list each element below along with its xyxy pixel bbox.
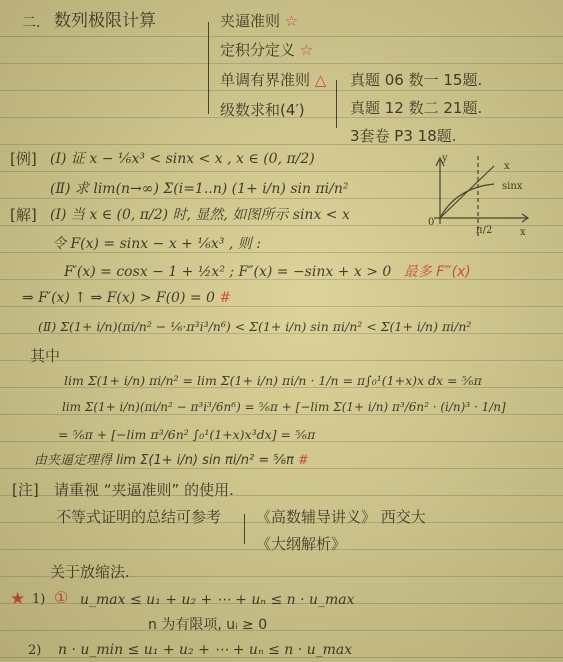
- example-part1: (Ⅰ) 证 x − ⅙x³ < sinx < x , x ∈ (0, π/2): [50, 150, 315, 168]
- solution-line-3: F′(x) = cosx − 1 + ½x² ; F″(x) = −sinx +…: [64, 263, 471, 281]
- topic-label: 夹逼准则: [220, 12, 280, 30]
- note-line-2: 不等式证明的总结可参考: [56, 508, 221, 526]
- star-icon: ☆: [285, 12, 298, 30]
- example-part2: (Ⅱ) 求 lim(n→∞) Σ(i=1..n) (1+ i/n) sin πi…: [50, 180, 348, 198]
- sin-vs-x-graph: y x sinx 0 π/2 x: [428, 152, 558, 240]
- note-line-1: 请重视 “夹逼准则” 的使用.: [54, 481, 234, 499]
- note-tag: [注]: [12, 481, 39, 499]
- example-tag: [例]: [10, 150, 37, 168]
- end-mark: #: [219, 290, 231, 306]
- note-refs-brace: [244, 514, 245, 544]
- solution-line-6: 其中: [30, 347, 60, 365]
- item-1-number: 1): [32, 591, 45, 609]
- topic-monotone-bounded: 单调有界准则 △: [220, 71, 326, 89]
- item-1-inequality: u_max ≤ u₁ + u₂ + ⋯ + uₙ ≤ n · u_max: [80, 591, 355, 609]
- red-annotation: 最多 F‴(x): [404, 264, 471, 280]
- graph-x-line-label: x: [504, 158, 510, 176]
- solution-line-5: (Ⅱ) Σ(1+ i/n)(πi/n² − ⅙·π³i³/n⁶) < Σ(1+ …: [38, 318, 471, 336]
- squeeze-conclusion: 由夹逼定理得 lim Σ(1+ i/n) sin πi/n² = ⅚π: [34, 453, 294, 468]
- star-icon: ☆: [300, 41, 313, 59]
- solution-line-7: lim Σ(1+ i/n) πi/n² = lim Σ(1+ i/n) πi/n…: [64, 372, 482, 390]
- graph-sinx-label: sinx: [502, 178, 522, 196]
- solution-line-8: lim Σ(1+ i/n)(πi/n² − π³i³/6n⁶) = ⅚π + […: [62, 398, 506, 416]
- derivative-expression: F′(x) = cosx − 1 + ½x² ; F″(x) = −sinx +…: [64, 264, 391, 280]
- topic-definite-integral: 定积分定义 ☆: [220, 41, 313, 59]
- note-ref-item: 《高数辅导讲义》 西交大: [256, 508, 426, 526]
- topics-brace: [208, 22, 209, 114]
- note-ref-item: 《大纲解析》: [256, 535, 346, 553]
- graph-x-axis-label: x: [520, 224, 526, 242]
- topic-series-sum: 级数求和(4′): [220, 101, 305, 119]
- reference-item: 3套卷 P3 18题.: [350, 127, 457, 145]
- scaling-title: 关于放缩法.: [50, 563, 130, 581]
- monotonic-conclusion: ⇒ F′(x) ↑ ⇒ F(x) > F(0) = 0: [22, 290, 215, 306]
- graph-origin: 0: [428, 214, 434, 232]
- graph-pi-half-tick: π/2: [476, 222, 492, 240]
- topic-squeeze: 夹逼准则 ☆: [220, 12, 298, 30]
- reference-item: 真题 12 数二 21题.: [350, 99, 482, 117]
- graph-y-label: y: [442, 150, 448, 168]
- section-number: 二.: [22, 14, 40, 32]
- solution-line-10: 由夹逼定理得 lim Σ(1+ i/n) sin πi/n² = ⅚π #: [34, 452, 309, 470]
- topic-label: 定积分定义: [220, 41, 295, 59]
- end-mark: #: [298, 453, 309, 468]
- solution-tag: [解]: [10, 206, 37, 224]
- references-brace: [336, 80, 337, 128]
- section-title: 数列极限计算: [54, 12, 156, 30]
- item-2-inequality: n · u_min ≤ u₁ + u₂ + ⋯ + uₙ ≤ n · u_max: [58, 641, 352, 659]
- solution-line-4: ⇒ F′(x) ↑ ⇒ F(x) > F(0) = 0 #: [22, 289, 231, 307]
- topic-label: 单调有界准则: [220, 71, 310, 89]
- star-icon: ★: [10, 590, 25, 608]
- solution-line-9: = ⅚π + [−lim π³/6n² ∫₀¹(1+x)x³dx] = ⅚π: [58, 426, 315, 444]
- solution-line-2: 令 F(x) = sinx − x + ⅙x³ , 则 :: [52, 235, 261, 253]
- reference-item: 真题 06 数一 15题.: [350, 71, 482, 89]
- triangle-icon: △: [315, 71, 327, 89]
- item-2-number: 2): [28, 642, 41, 660]
- circled-one-icon: ①: [54, 589, 68, 607]
- item-1-condition: n 为有限项, uᵢ ≥ 0: [148, 616, 267, 634]
- solution-line-1: (Ⅰ) 当 x ∈ (0, π/2) 时, 显然, 如图所示 sinx < x: [50, 206, 350, 224]
